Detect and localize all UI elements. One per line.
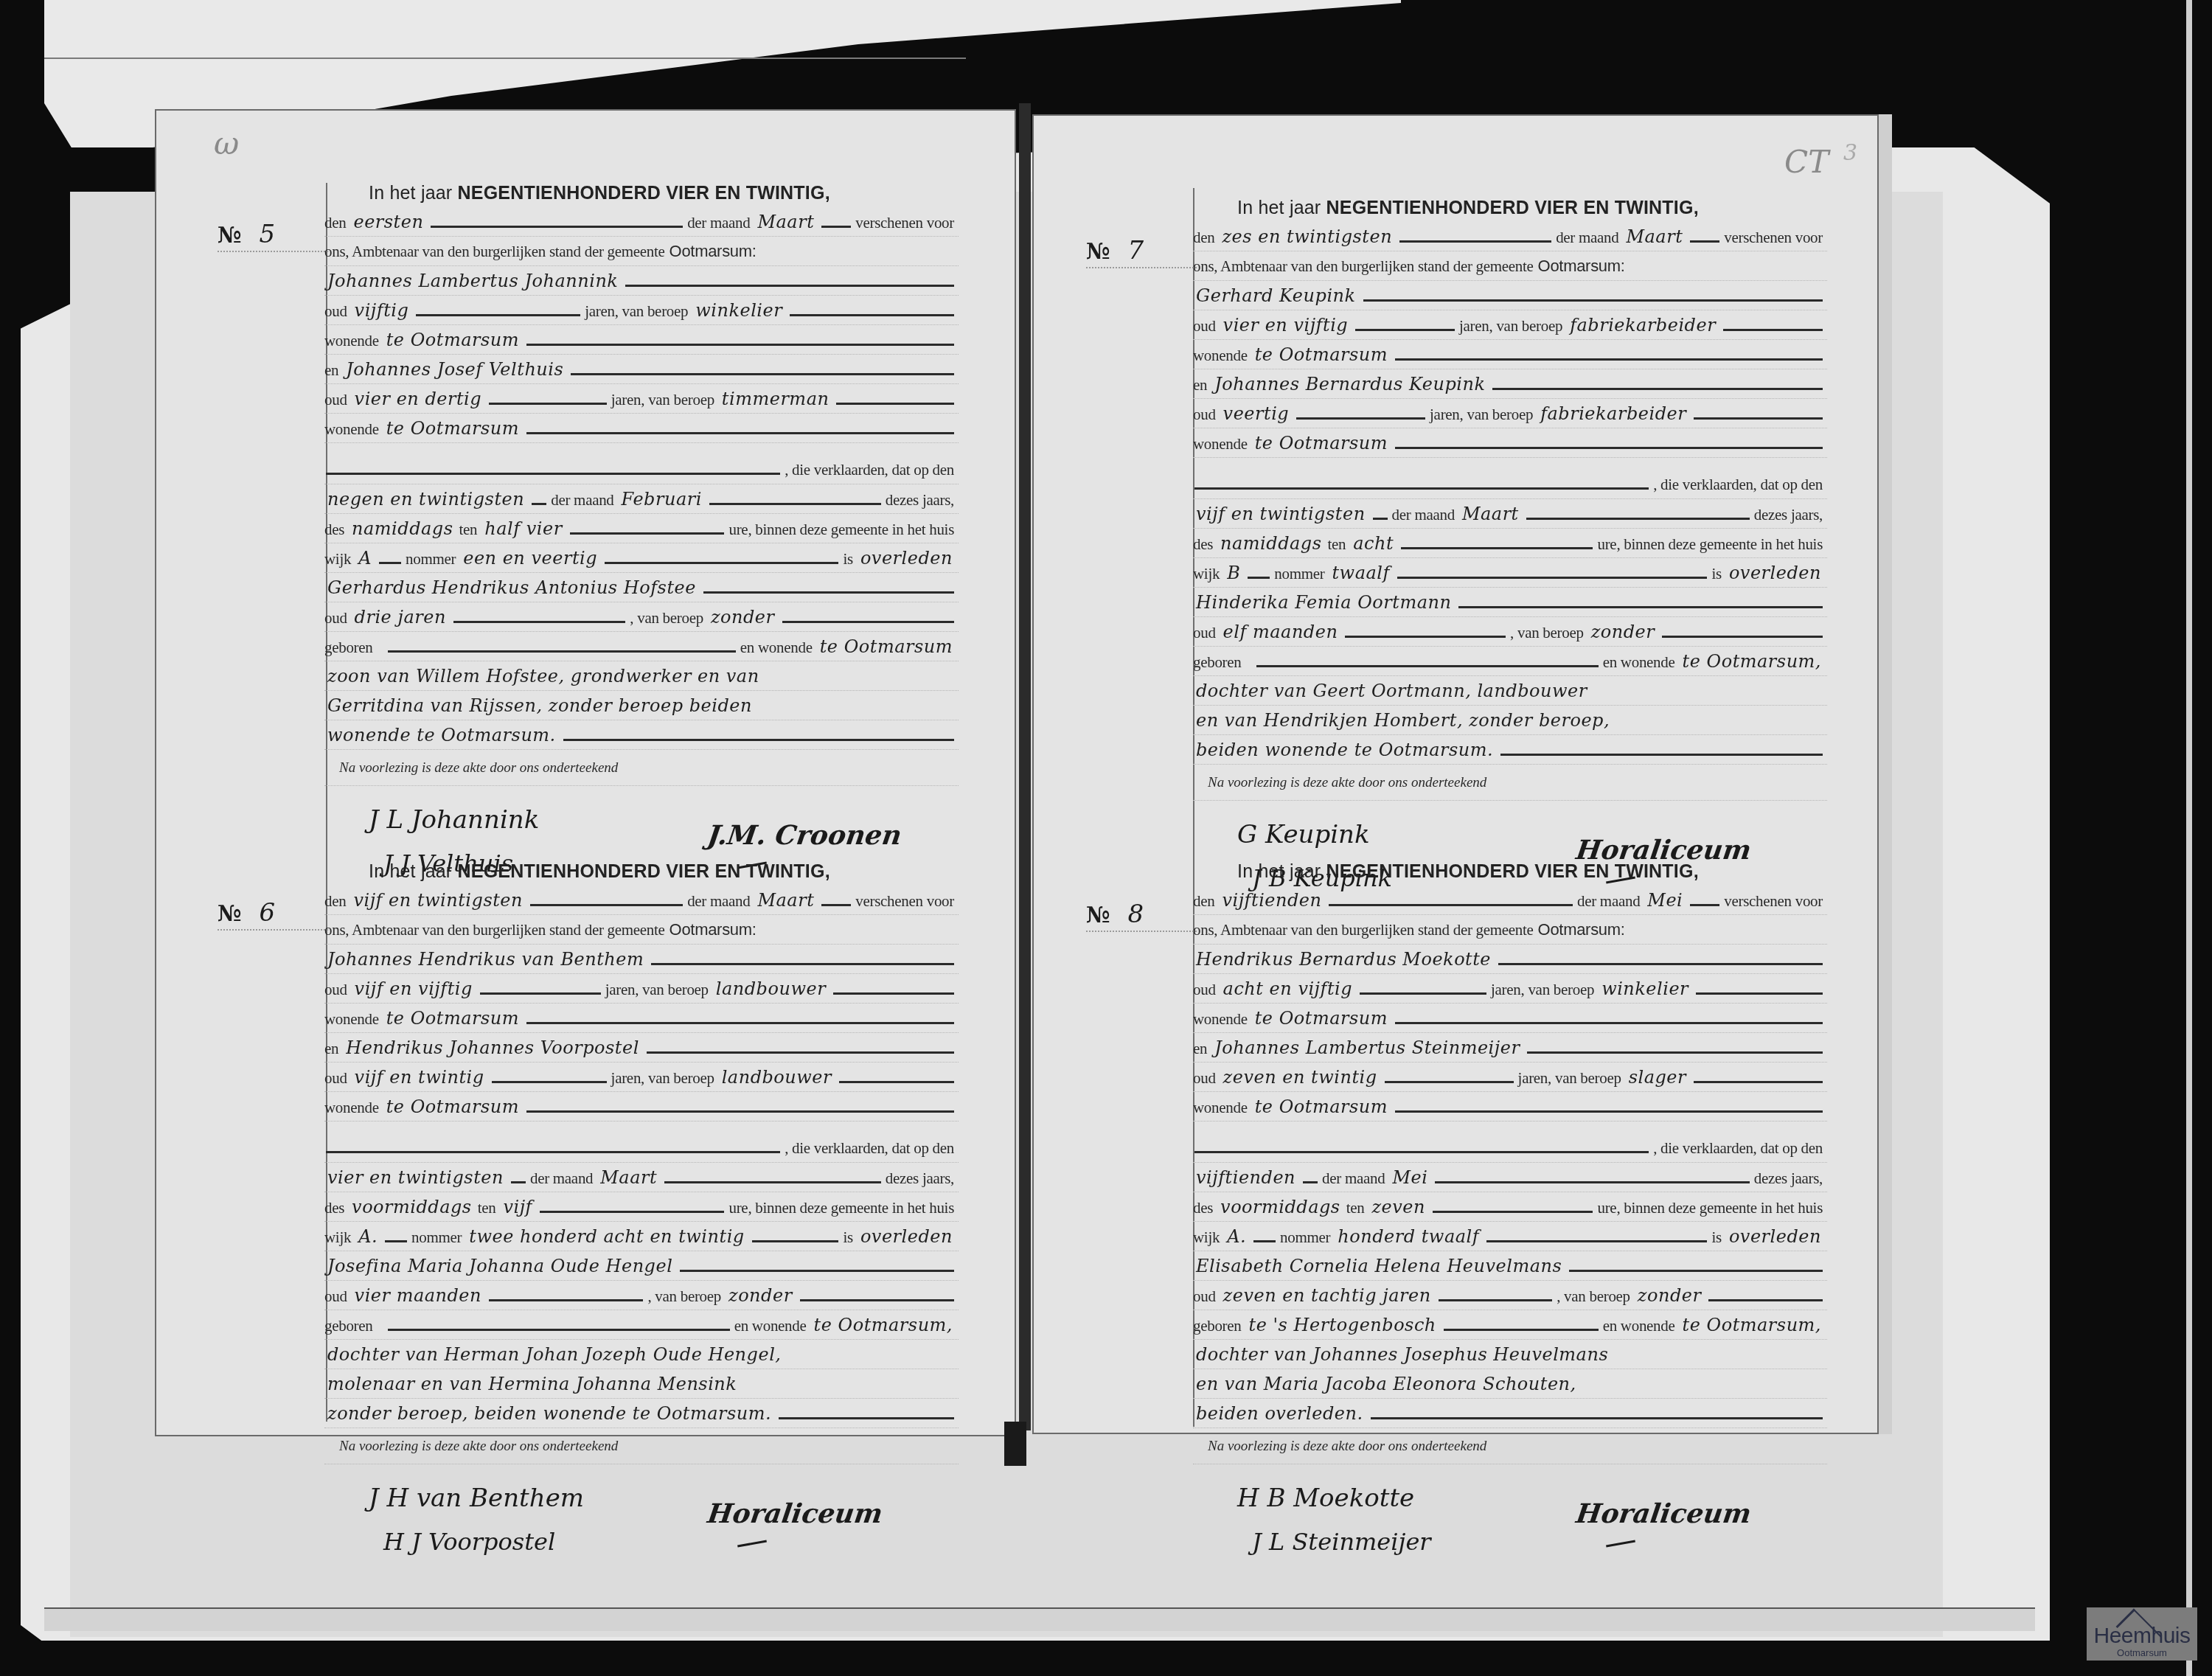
- house-number: twaalf: [1329, 558, 1395, 588]
- parents-line: zonder beroep, beiden wonende te Ootmars…: [324, 1399, 959, 1428]
- closing-statement: Na voorlezing is deze akte door ons onde…: [324, 760, 959, 786]
- book-spine: [1019, 103, 1031, 1430]
- registration-day: vijf en twintigsten: [350, 886, 529, 915]
- address-line: wijkA. nommerhonderd twaalf isoverleden: [1193, 1222, 1827, 1251]
- signatures: J H van Benthem H J Voorpostel Horaliceu…: [324, 1469, 959, 1602]
- declarant2-occupation: fabriekarbeider: [1537, 399, 1692, 428]
- deceased-name: Hinderika Femia Oortmann: [1193, 588, 1457, 617]
- deceased-residence: te Ootmarsum: [817, 632, 959, 661]
- record-heading: In het jaar NEGENTIENHONDERD VIER EN TWI…: [324, 183, 959, 204]
- left-page-corner-mark: ω: [214, 125, 239, 161]
- deceased-name: Elisabeth Cornelia Helena Heuvelmans: [1193, 1251, 1568, 1281]
- declarant2-age-line: oudvier en dertig jaren, van beroeptimme…: [324, 384, 959, 414]
- deceased-name: Josefina Maria Johanna Oude Hengel: [324, 1251, 678, 1281]
- declarant1-name-line: Hendrikus Bernardus Moekotte: [1193, 945, 1827, 974]
- declarant1-age: vier en vijftig: [1220, 310, 1354, 340]
- birthplace-line: geboren en wonendete Ootmarsum: [324, 632, 959, 661]
- house-number: twee honderd acht en twintig: [466, 1222, 750, 1251]
- death-date-line: vier en twintigsten der maandMaart dezes…: [324, 1163, 959, 1192]
- death-time-line: desnamiddags tenhalf vier ure, binnen de…: [324, 514, 959, 543]
- signature-declarant1: G Keupink: [1237, 820, 1370, 849]
- declarant1-name-line: Johannes Hendrikus van Benthem: [324, 945, 959, 974]
- deceased-age: drie jaren: [352, 602, 452, 632]
- board-bottom-strip: [44, 1607, 2035, 1631]
- declarant1-name-line: Johannes Lambertus Johannink: [324, 266, 959, 296]
- number-symbol: №: [1086, 239, 1110, 265]
- declarant1-residence-line: wonendete Ootmarsum: [324, 1004, 959, 1033]
- death-record-7: №7 In het jaar NEGENTIENHONDERD VIER EN …: [1193, 198, 1827, 938]
- bottom-black-band: [0, 1641, 2212, 1676]
- death-hour: half vier: [481, 514, 568, 543]
- death-status: overleden: [1726, 1222, 1827, 1251]
- registration-day: zes en twintigsten: [1219, 222, 1398, 251]
- official-line: ons, Ambtenaar van den burgerlijken stan…: [1193, 915, 1827, 945]
- death-day: vier en twintigsten: [324, 1163, 509, 1192]
- deceased-occupation: zonder: [708, 602, 781, 632]
- deceased-age-line: oudzeven en tachtig jaren , van beroepzo…: [1193, 1281, 1827, 1310]
- record-heading: In het jaar NEGENTIENHONDERD VIER EN TWI…: [1193, 861, 1827, 883]
- declarant1-residence-line: wonendete Ootmarsum: [324, 325, 959, 355]
- signature-registrar: Horaliceum: [706, 1498, 885, 1529]
- record-number-value: 5: [260, 220, 276, 249]
- declarant1-residence-line: wonendete Ootmarsum: [1193, 1004, 1827, 1033]
- deceased-age: vier maanden: [352, 1281, 487, 1310]
- wijk-letter: A.: [1224, 1222, 1252, 1251]
- deceased-occupation: zonder: [1635, 1281, 1708, 1310]
- number-symbol: №: [218, 223, 242, 248]
- death-time-line: desvoormiddags tenvijf ure, binnen deze …: [324, 1192, 959, 1222]
- parents-line: beiden overleden.: [1193, 1399, 1827, 1428]
- deceased-occupation: zonder: [726, 1281, 799, 1310]
- wijk-letter: A.: [355, 1222, 383, 1251]
- closing-statement: Na voorlezing is deze akte door ons onde…: [1193, 1439, 1827, 1464]
- address-line: wijkA nommereen en veertig isoverleden: [324, 543, 959, 573]
- death-month: Maart: [597, 1163, 663, 1192]
- declarant2-residence: te Ootmarsum: [1252, 428, 1394, 458]
- parents-line: Gerritdina van Rijssen, zonder beroep be…: [324, 691, 959, 720]
- death-month: Maart: [1459, 499, 1525, 529]
- registration-month: Maart: [1623, 222, 1688, 251]
- declarant1-residence-line: wonendete Ootmarsum: [1193, 340, 1827, 369]
- number-symbol: №: [1086, 903, 1110, 928]
- death-date-line: vijftienden der maandMei dezes jaars,: [1193, 1163, 1827, 1192]
- record-number-value: 7: [1128, 236, 1144, 265]
- declarant1-age-line: oudvijf en vijftig jaren, van beroepland…: [324, 974, 959, 1004]
- registration-month: Maart: [754, 886, 820, 915]
- registration-date-line: denvijftienden der maandMei verschenen v…: [1193, 886, 1827, 915]
- declarant2-name-line: enHendrikus Johannes Voorpostel: [324, 1033, 959, 1063]
- official-line: ons, Ambtenaar van den burgerlijken stan…: [324, 237, 959, 266]
- house-number: een en veertig: [460, 543, 603, 573]
- parents-line: wonende te Ootmarsum.: [324, 720, 959, 750]
- declarant2-age: veertig: [1220, 399, 1295, 428]
- right-page-number: 3: [1843, 140, 1857, 166]
- death-hour: zeven: [1368, 1192, 1431, 1222]
- death-record-5: №5 In het jaar NEGENTIENHONDERD VIER EN …: [324, 183, 959, 923]
- right-edge-strip: [2186, 0, 2192, 1676]
- declarant1-age: acht en vijftig: [1220, 974, 1359, 1004]
- declarant2-name-line: enJohannes Bernardus Keupink: [1193, 369, 1827, 399]
- declarant2-age: vijf en twintig: [352, 1063, 490, 1092]
- death-date-line: vijf en twintigsten der maandMaart dezes…: [1193, 499, 1827, 529]
- registration-date-line: deneersten der maandMaart verschenen voo…: [324, 207, 959, 237]
- registration-day: eersten: [350, 207, 429, 237]
- deceased-name: Gerhardus Hendrikus Antonius Hofstee: [324, 573, 702, 602]
- declarant1-residence: te Ootmarsum: [383, 1004, 525, 1033]
- record-number-value: 6: [260, 898, 276, 928]
- declarant2-name-line: enJohannes Josef Velthuis: [324, 355, 959, 384]
- deceased-age-line: ouddrie jaren , van beroepzonder: [324, 602, 959, 632]
- death-month: Februari: [619, 484, 708, 514]
- declarant2-name: Johannes Lambertus Steinmeijer: [1211, 1033, 1526, 1063]
- wijk-letter: B: [1224, 558, 1246, 588]
- death-month: Mei: [1389, 1163, 1433, 1192]
- declarant1-age: vijf en vijftig: [352, 974, 479, 1004]
- declarant1-name: Hendrikus Bernardus Moekotte: [1193, 945, 1497, 974]
- time-of-day: namiddags: [349, 514, 459, 543]
- declarant2-age-line: oudveertig jaren, van beroepfabriekarbei…: [1193, 399, 1827, 428]
- number-symbol: №: [218, 901, 242, 927]
- deceased-name-line: Hinderika Femia Oortmann: [1193, 588, 1827, 617]
- declarant2-residence: te Ootmarsum: [1252, 1092, 1394, 1122]
- death-hour: acht: [1350, 529, 1399, 558]
- parents-line: dochter van Johannes Josephus Heuvelmans: [1193, 1340, 1827, 1369]
- declarant1-age-line: oudacht en vijftig jaren, van beroepwink…: [1193, 974, 1827, 1004]
- death-status: overleden: [858, 543, 959, 573]
- death-record-8: №8 In het jaar NEGENTIENHONDERD VIER EN …: [1193, 861, 1827, 1602]
- declarant2-name: Johannes Bernardus Keupink: [1211, 369, 1491, 399]
- death-day: vijf en twintigsten: [1193, 499, 1371, 529]
- declarant1-age-line: oudvier en vijftig jaren, van beroepfabr…: [1193, 310, 1827, 340]
- birthplace-line: geboren en wonendete Ootmarsum,: [1193, 647, 1827, 676]
- parents-line: molenaar en van Hermina Johanna Mensink: [324, 1369, 959, 1399]
- declarant2-residence-line: wonendete Ootmarsum: [1193, 428, 1827, 458]
- deceased-residence: te Ootmarsum,: [1680, 1310, 1827, 1340]
- birthplace-line: geboren en wonendete Ootmarsum,: [324, 1310, 959, 1340]
- address-line: wijkA. nommertwee honderd acht en twinti…: [324, 1222, 959, 1251]
- declarant1-residence: te Ootmarsum: [383, 325, 525, 355]
- declarant2-occupation: slager: [1626, 1063, 1692, 1092]
- right-page-corner-mark: CT: [1784, 144, 1829, 180]
- signature-registrar: J.M. Croonen: [706, 820, 903, 851]
- death-time-line: desnamiddags tenacht ure, binnen deze ge…: [1193, 529, 1827, 558]
- declarant2-age-line: oudvijf en twintig jaren, van beroepland…: [324, 1063, 959, 1092]
- parents-line: beiden wonende te Ootmarsum.: [1193, 735, 1827, 765]
- death-day: vijftienden: [1193, 1163, 1301, 1192]
- declarant1-name-line: Gerhard Keupink: [1193, 281, 1827, 310]
- declarant2-occupation: landbouwer: [719, 1063, 838, 1092]
- record-number-value: 8: [1128, 900, 1144, 929]
- registration-month: Maart: [754, 207, 820, 237]
- registration-date-line: denvijf en twintigsten der maandMaart ve…: [324, 886, 959, 915]
- declarant2-age-line: oudzeven en twintig jaren, van beroepsla…: [1193, 1063, 1827, 1092]
- time-of-day: voormiddags: [1217, 1192, 1346, 1222]
- parents-line: dochter van Herman Johan Jozeph Oude Hen…: [324, 1340, 959, 1369]
- birthplace-line: geborente 's Hertogenbosch en wonendete …: [1193, 1310, 1827, 1340]
- deceased-name-line: Josefina Maria Johanna Oude Hengel: [324, 1251, 959, 1281]
- registration-date-line: denzes en twintigsten der maandMaart ver…: [1193, 222, 1827, 251]
- official-line: ons, Ambtenaar van den burgerlijken stan…: [1193, 251, 1827, 281]
- deceased-residence: te Ootmarsum,: [1680, 647, 1827, 676]
- record-number: №7: [1086, 236, 1197, 268]
- signature-flourish: [1606, 1540, 1635, 1548]
- declarant1-name: Johannes Lambertus Johannink: [324, 266, 624, 296]
- deceased-age-line: oudelf maanden , van beroepzonder: [1193, 617, 1827, 647]
- signature-registrar: Horaliceum: [1574, 1498, 1753, 1529]
- declarant2-occupation: timmerman: [719, 384, 835, 414]
- deceased-age-line: oudvier maanden , van beroepzonder: [324, 1281, 959, 1310]
- deceased-age: elf maanden: [1220, 617, 1344, 647]
- heemhuis-logo: Heemhuis Ootmarsum: [2087, 1607, 2197, 1661]
- declarant2-age: vier en dertig: [352, 384, 488, 414]
- official-line: ons, Ambtenaar van den burgerlijken stan…: [324, 915, 959, 945]
- signature-declarant2: H J Voorpostel: [383, 1528, 555, 1556]
- registration-day: vijftienden: [1219, 886, 1327, 915]
- signature-flourish: [737, 1540, 767, 1548]
- declarant1-age: vijftig: [352, 296, 415, 325]
- declarant1-name: Gerhard Keupink: [1193, 281, 1362, 310]
- declarant2-residence-line: wonendete Ootmarsum: [324, 414, 959, 443]
- deceased-occupation: zonder: [1588, 617, 1661, 647]
- parents-line: en van Maria Jacoba Eleonora Schouten,: [1193, 1369, 1827, 1399]
- signature-declarant2: J L Steinmeijer: [1252, 1528, 1431, 1556]
- parents-line: zoon van Willem Hofstee, grondwerker en …: [324, 661, 959, 691]
- death-time-line: desvoormiddags tenzeven ure, binnen deze…: [1193, 1192, 1827, 1222]
- signatures: H B Moekotte J L Steinmeijer Horaliceum: [1193, 1469, 1827, 1602]
- declarant2-age: zeven en twintig: [1220, 1063, 1383, 1092]
- death-date-line: negen en twintigsten der maandFebruari d…: [324, 484, 959, 514]
- declarant1-age-line: oudvijftig jaren, van beroepwinkelier: [324, 296, 959, 325]
- death-day: negen en twintigsten: [324, 484, 530, 514]
- declaration-line: , die verklaarden, dat op den: [1193, 470, 1827, 499]
- record-number: №5: [218, 220, 328, 252]
- declarant1-occupation: winkelier: [1599, 974, 1694, 1004]
- record-heading: In het jaar NEGENTIENHONDERD VIER EN TWI…: [324, 861, 959, 883]
- wijk-letter: A: [355, 543, 378, 573]
- death-hour: vijf: [500, 1192, 538, 1222]
- declarant2-name: Hendrikus Johannes Voorpostel: [343, 1033, 645, 1063]
- closing-statement: Na voorlezing is deze akte door ons onde…: [324, 1439, 959, 1464]
- signature-declarant1: H B Moekotte: [1237, 1484, 1414, 1513]
- deceased-age: zeven en tachtig jaren: [1220, 1281, 1437, 1310]
- death-record-6: №6 In het jaar NEGENTIENHONDERD VIER EN …: [324, 861, 959, 1602]
- closing-statement: Na voorlezing is deze akte door ons onde…: [1193, 775, 1827, 801]
- record-number: №8: [1086, 900, 1197, 932]
- time-of-day: voormiddags: [349, 1192, 478, 1222]
- declarant1-occupation: winkelier: [692, 296, 788, 325]
- record-number: №6: [218, 898, 328, 931]
- registration-month: Mei: [1644, 886, 1688, 915]
- time-of-day: namiddags: [1217, 529, 1327, 558]
- death-status: overleden: [858, 1222, 959, 1251]
- parents-line: dochter van Geert Oortmann, landbouwer: [1193, 676, 1827, 706]
- declarant2-name: Johannes Josef Velthuis: [343, 355, 569, 384]
- declarant1-residence: te Ootmarsum: [1252, 340, 1394, 369]
- signature-declarant1: J L Johannink: [369, 805, 539, 835]
- address-line: wijkB nommertwaalf isoverleden: [1193, 558, 1827, 588]
- parents-line: en van Hendrikjen Hombert, zonder beroep…: [1193, 706, 1827, 735]
- record-heading: In het jaar NEGENTIENHONDERD VIER EN TWI…: [1193, 198, 1827, 219]
- declarant2-residence-line: wonendete Ootmarsum: [1193, 1092, 1827, 1122]
- top-sheet-rule: [44, 58, 966, 59]
- declaration-line: , die verklaarden, dat op den: [324, 455, 959, 484]
- declarant2-residence: te Ootmarsum: [383, 414, 525, 443]
- signature-declarant1: J H van Benthem: [369, 1484, 584, 1513]
- declarant1-residence: te Ootmarsum: [1252, 1004, 1394, 1033]
- declarant2-residence: te Ootmarsum: [383, 1092, 525, 1122]
- death-status: overleden: [1726, 558, 1827, 588]
- declarant2-residence-line: wonendete Ootmarsum: [324, 1092, 959, 1122]
- declaration-line: , die verklaarden, dat op den: [1193, 1133, 1827, 1163]
- spine-clip: [1004, 1422, 1026, 1466]
- house-number: honderd twaalf: [1335, 1222, 1485, 1251]
- birthplace: te 's Hertogenbosch: [1246, 1310, 1442, 1340]
- declarant1-occupation: landbouwer: [713, 974, 832, 1004]
- declarant2-name-line: enJohannes Lambertus Steinmeijer: [1193, 1033, 1827, 1063]
- deceased-name-line: Elisabeth Cornelia Helena Heuvelmans: [1193, 1251, 1827, 1281]
- declarant1-occupation: fabriekarbeider: [1567, 310, 1722, 340]
- deceased-name-line: Gerhardus Hendrikus Antonius Hofstee: [324, 573, 959, 602]
- deceased-residence: te Ootmarsum,: [811, 1310, 959, 1340]
- declarant1-name: Johannes Hendrikus van Benthem: [324, 945, 650, 974]
- declaration-line: , die verklaarden, dat op den: [324, 1133, 959, 1163]
